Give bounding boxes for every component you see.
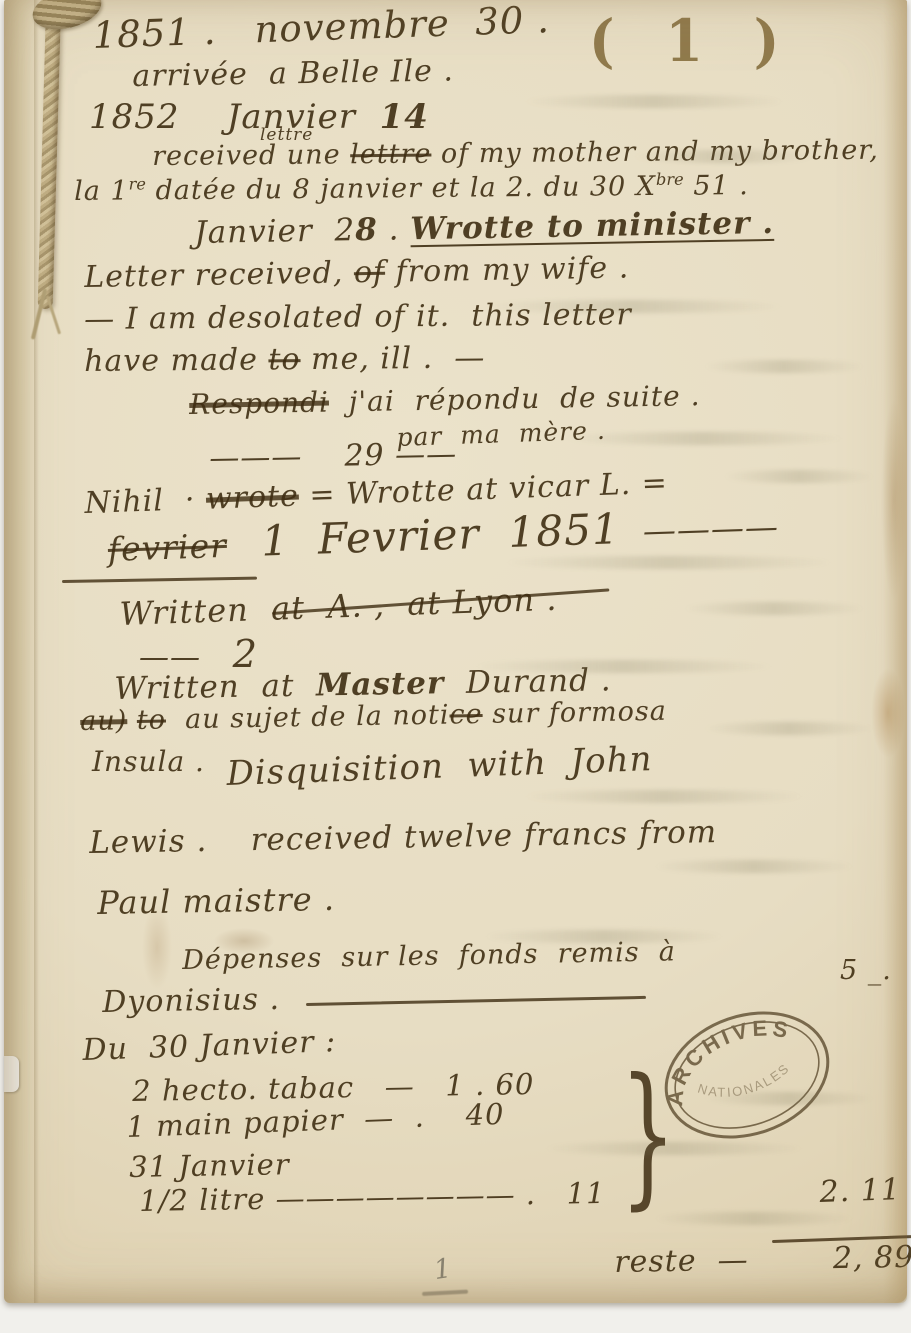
bleed-through-streak [684, 602, 864, 615]
text-segment: reste — 2, 89 [614, 1240, 911, 1280]
text-segment: Wrotte to minister . [410, 205, 774, 247]
line-la-premiere-datee: la 1re datée du 8 janvier et la 2. du 30… [74, 170, 749, 207]
text-segment: of my mother and my brother, [431, 135, 879, 170]
amount-5: 5 _. [840, 956, 892, 986]
line-disquisition-john: Disquisition with John [226, 741, 653, 793]
text-segment: Insula . [92, 745, 205, 778]
text-segment: received une [152, 139, 350, 172]
twine-fray [46, 296, 61, 335]
text-segment: Disquisition with John [226, 739, 653, 794]
text-segment: . [377, 211, 410, 248]
text-segment: 31 Janvier [129, 1147, 290, 1184]
line-demi-litre-11: 1/2 litre ———————— . 11 [139, 1178, 606, 1218]
text-segment: Janvier 2 [194, 212, 356, 251]
line-1851-novembre-30: 1851 . novembre 30 . [92, 0, 551, 57]
line-1852-janvier-14: 1852 Janvier 14 [89, 99, 429, 136]
text-segment: j'ai répondu de suite . [329, 379, 701, 418]
browned-right-edge [883, 0, 907, 1303]
folio-number: ( 1 ) [589, 6, 795, 75]
text-segment: — I am desolated of it. this letter [84, 297, 632, 337]
text-segment: ——— 29 —— [209, 437, 457, 476]
text-segment: wrote [205, 479, 299, 517]
bleed-through-streak [704, 360, 864, 373]
text-segment: Dyonisius . [102, 982, 280, 1020]
text-segment: Nihil · [84, 482, 207, 521]
line-31-janvier: 31 Janvier [129, 1149, 290, 1184]
text-segment: Paul maistre . [97, 880, 335, 922]
bleed-through-streak [704, 722, 874, 735]
text-segment: from my wife . [385, 250, 630, 289]
text-segment: Dépenses sur les fonds remis à [182, 936, 676, 976]
text-segment: of [354, 255, 386, 291]
text-segment [127, 705, 137, 736]
text-segment: 8 [355, 212, 378, 248]
text-segment: 1/2 litre ———————— . 11 [139, 1176, 606, 1218]
text-segment: ce [449, 699, 483, 731]
subtotal-2-11: 2. 11 [819, 1173, 901, 1209]
bleed-through-streak [654, 860, 854, 873]
text-segment: me, ill . — [300, 340, 485, 377]
text-segment: re [128, 174, 145, 193]
text-segment: 51 . [684, 170, 749, 202]
text-segment: bre [656, 170, 684, 189]
text-segment: to [268, 342, 300, 377]
bleed-through-streak [654, 1212, 854, 1225]
bleed-through-streak [524, 790, 804, 803]
pencil-page-number: 1 [432, 1253, 453, 1286]
text-segment: Respondi [189, 386, 329, 421]
line-29: ——— 29 —— [209, 438, 457, 475]
text-segment: 1852 Janvier [89, 97, 380, 137]
line-repondu-de-suite: Respondi j'ai répondu de suite . [189, 381, 701, 421]
line-paul-maistre: Paul maistre . [97, 882, 335, 921]
spine-crease [34, 0, 39, 1303]
text-segment: 2. 11 [819, 1172, 902, 1210]
scanned-manuscript-page: { "meta": { "ink_color": "#3e2d12", "pap… [0, 0, 911, 1333]
text-segment: 14 [380, 97, 429, 137]
text-segment: Lewis . received twelve francs from [89, 814, 717, 861]
text-segment: to [137, 705, 167, 737]
binding-edge [4, 0, 38, 1303]
ink-stroke [62, 577, 257, 583]
ink-stroke [306, 996, 646, 1006]
text-segment: Written at [114, 667, 316, 707]
line-letter-from-wife: Letter received, of from my wife . [84, 251, 629, 294]
manuscript-page: ( 1 ) 1851 . novembre 30 . arrivée a Bel… [4, 0, 907, 1303]
text-segment: ———— [619, 507, 779, 552]
paper-chip [4, 1056, 19, 1092]
bleed-through-streak [724, 470, 874, 483]
bleed-through-streak [524, 95, 784, 108]
text-segment: 1 Fevrier 1851 [260, 504, 620, 565]
pencil-underline [422, 1290, 468, 1296]
text-segment: datée du 8 janvier et la 2. du 30 X [146, 171, 656, 206]
line-lewis-twelve-francs: Lewis . received twelve francs from [89, 815, 717, 860]
text-segment: fevrier [107, 526, 227, 569]
text-segment: Master [316, 665, 445, 703]
text-segment: Du 30 Janvier : [82, 1024, 337, 1068]
line-dyonisius: Dyonisius . [102, 983, 280, 1019]
text-segment: Letter received, [84, 255, 354, 295]
bleed-through-streak [504, 556, 834, 569]
text-segment [226, 525, 262, 565]
line-desolated: — I am desolated of it. this letter [84, 298, 632, 336]
text-segment: la 1 [74, 176, 129, 207]
text-segment: sur formosa [482, 696, 667, 730]
line-arrivee-belle-ile: arrivée a Belle Ile . [132, 54, 454, 93]
line-reste-2-89: reste — 2, 89 [614, 1241, 911, 1279]
line-made-me-ill: have made to me, ill . — [84, 341, 485, 377]
text-segment: lettre [350, 139, 431, 171]
line-depenses-fonds: Dépenses sur les fonds remis à [182, 937, 676, 975]
text-segment: have made [84, 342, 269, 379]
text-segment: 1851 . novembre 30 . [92, 0, 551, 57]
line-du-30-janvier: Du 30 Janvier : [82, 1025, 337, 1067]
text-segment: Durand . [444, 662, 612, 701]
line-received-letter: received une lettre of my mother and my … [152, 136, 879, 172]
text-segment: au) [80, 705, 128, 737]
text-segment: 5 _. [840, 955, 892, 986]
text-segment: arrivée a Belle Ile . [132, 53, 454, 94]
line-insula: Insula . [92, 747, 205, 778]
line-janvier-28-minister: Janvier 28 . Wrotte to minister . [194, 206, 774, 250]
text-segment: au sujet de la noti [166, 700, 450, 736]
binding-twine [38, 0, 62, 309]
